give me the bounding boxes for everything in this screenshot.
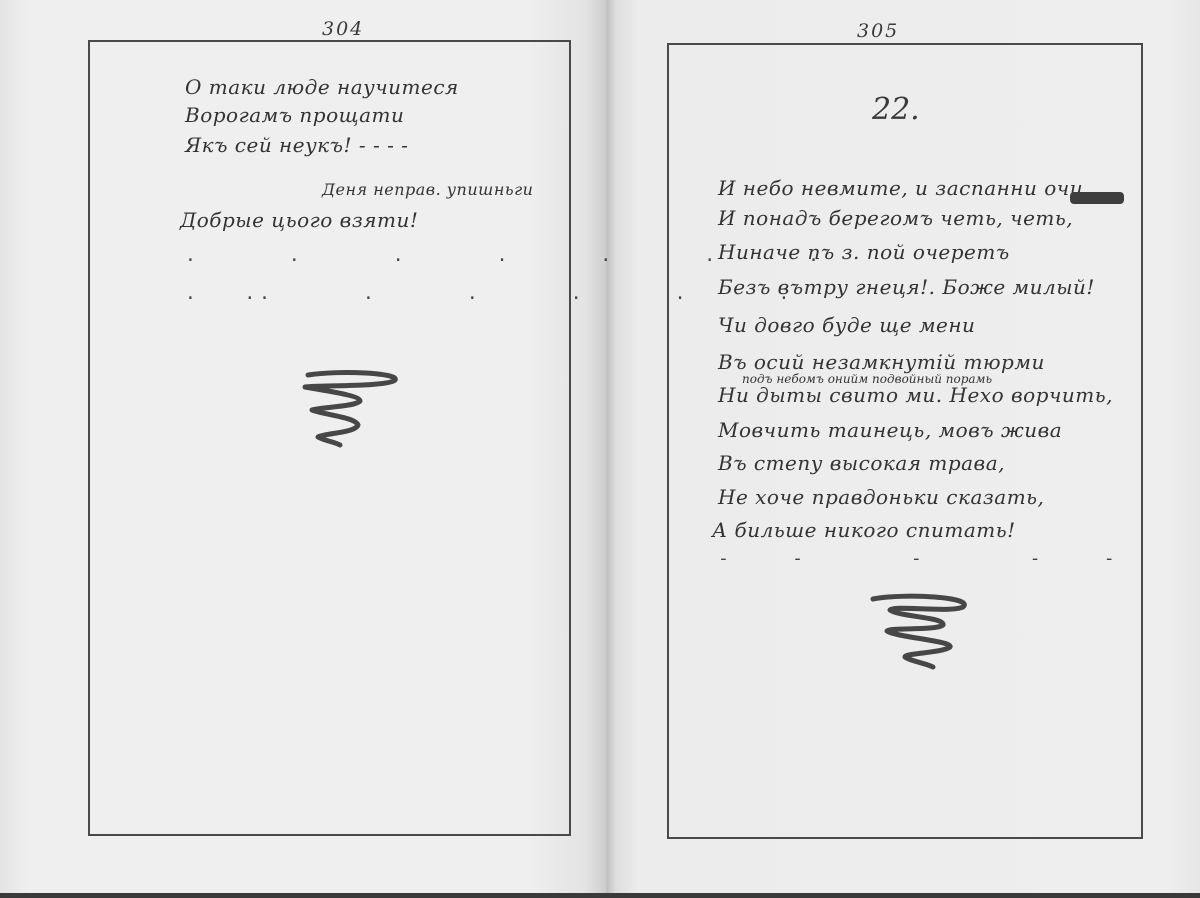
poem-line: Мовчить таинець, мовъ жива [718, 418, 1062, 442]
poem-line: Якъ сей неукъ! - - - - [185, 133, 408, 157]
poem-line: Добрые цього взяти! [180, 208, 418, 232]
page-number-left: 304 [322, 18, 364, 40]
squiggle-ornament-icon [855, 585, 975, 670]
poem-line: Ни дыты свито ми. Нехо ворчить, [718, 383, 1113, 407]
poem-line: Чи довго буде ще мени [718, 313, 975, 337]
poem-line: Не хоче правдоньки сказать, [718, 485, 1044, 509]
poem-line: Безъ вътру гнеця!. Боже милый! [718, 275, 1095, 299]
dash-row: - - - - - - - - [718, 548, 1200, 569]
poem-line: И понадъ берегомъ четь, четь, [718, 206, 1073, 230]
bottom-edge [0, 893, 1200, 898]
ink-strikeout [1070, 192, 1124, 204]
poem-number: 22. [872, 92, 920, 127]
poem-line: И небо невмите, и заспанни очи, [718, 176, 1090, 200]
poem-line: Въ степу высокая трава, [718, 451, 1005, 475]
poem-line: Деня неправ. упишньги [322, 180, 533, 199]
poem-line: Ниначе пъ з. пой очеретъ [718, 240, 1010, 264]
poem-line: Ворогамъ прощати [185, 103, 404, 127]
poem-line: О таки люде научитеся [185, 75, 459, 99]
page-number-right: 305 [857, 20, 899, 42]
poem-line: А бильше никого спитать! [712, 518, 1016, 542]
squiggle-ornament-icon [300, 355, 410, 450]
poem-line: Въ ocuй незамкнутiй тюрми [718, 350, 1045, 374]
